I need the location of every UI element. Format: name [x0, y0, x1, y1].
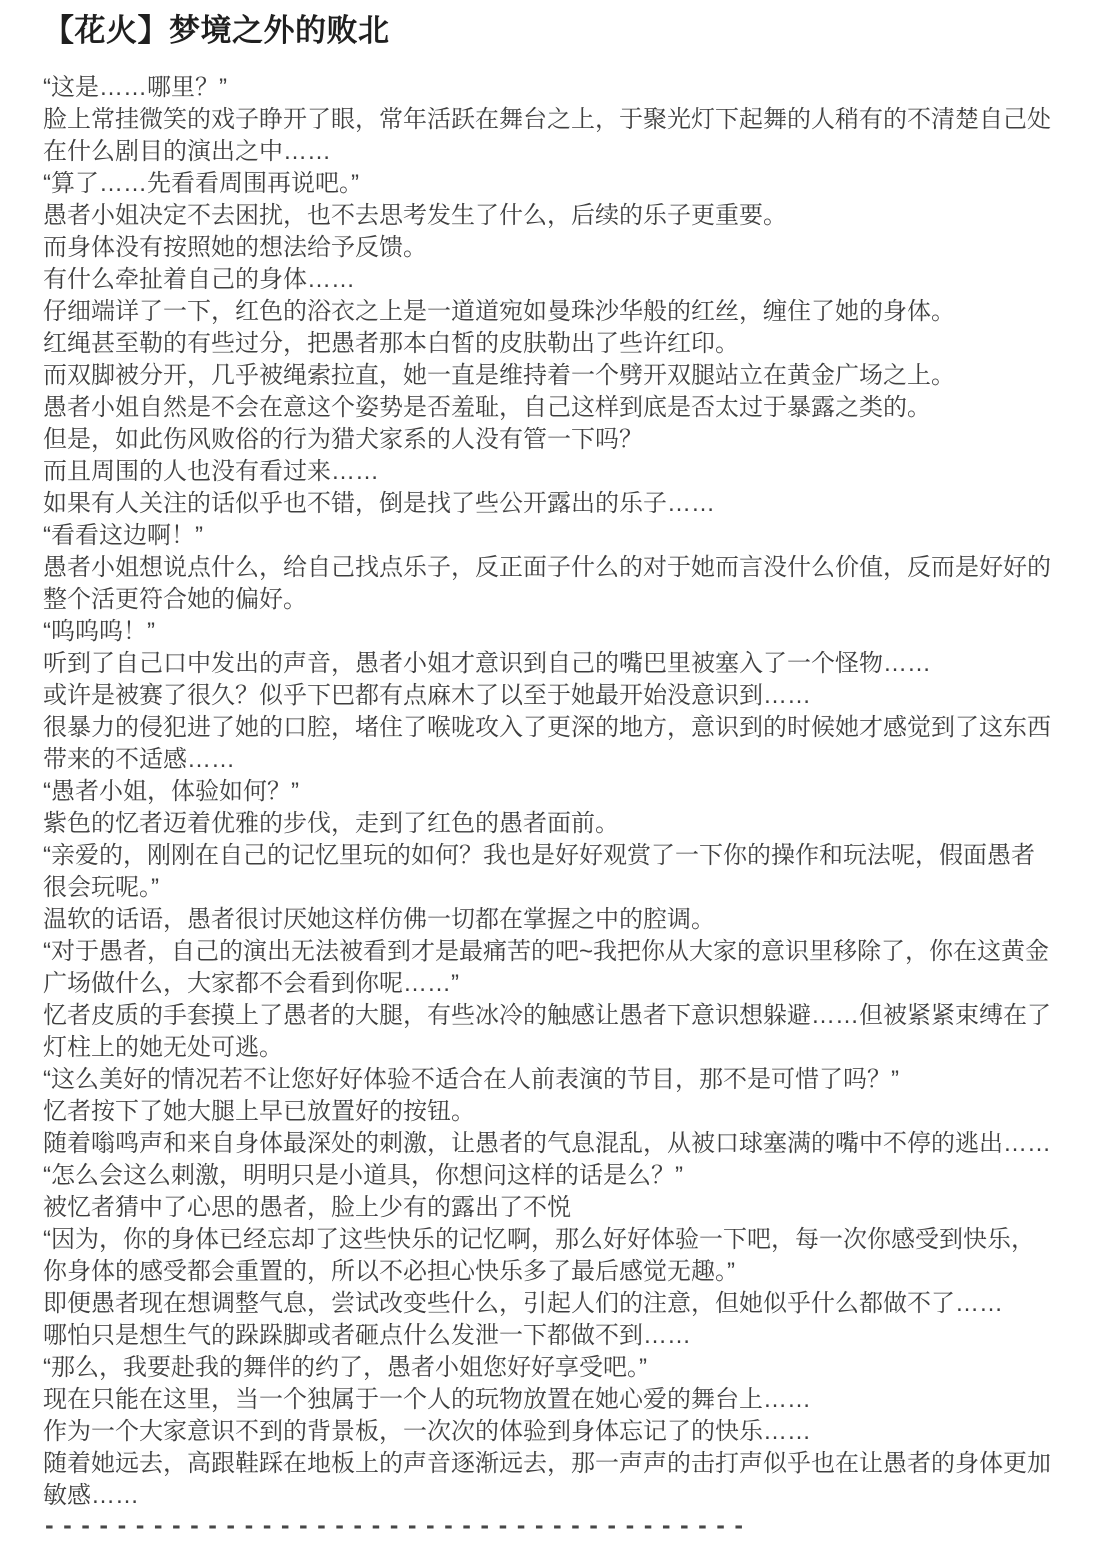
paragraph: 红绳甚至勒的有些过分，把愚者那本白皙的皮肤勒出了些许红印。 [43, 328, 1055, 360]
paragraph: 而且周围的人也没有看过来…… [43, 456, 1055, 488]
paragraph: “呜呜呜！” [43, 616, 1055, 648]
dashed-divider: --------------------------------------- [43, 1514, 1055, 1538]
paragraph: 脸上常挂微笑的戏子睁开了眼，常年活跃在舞台之上，于聚光灯下起舞的人稍有的不清楚自… [43, 104, 1055, 168]
page-title: 【花火】梦境之外的败北 [43, 12, 1055, 50]
paragraph: 现在只能在这里，当一个独属于一个人的玩物放置在她心爱的舞台上…… [43, 1384, 1055, 1416]
paragraph: “怎么会这么刺激，明明只是小道具，你想问这样的话是么？” [43, 1160, 1055, 1192]
paragraph: 作为一个大家意识不到的背景板，一次次的体验到身体忘记了的快乐…… [43, 1416, 1055, 1448]
paragraph: 随着嗡鸣声和来自身体最深处的刺激，让愚者的气息混乱，从被口球塞满的嘴中不停的逃出… [43, 1128, 1055, 1160]
paragraph: “因为，你的身体已经忘却了这些快乐的记忆啊，那么好好体验一下吧，每一次你感受到快… [43, 1224, 1055, 1288]
paragraph: “愚者小姐，体验如何？” [43, 776, 1055, 808]
paragraph: “这么美好的情况若不让您好好体验不适合在人前表演的节目，那不是可惜了吗？” [43, 1064, 1055, 1096]
paragraph: 愚者小姐自然是不会在意这个姿势是否羞耻，自己这样到底是否太过于暴露之类的。 [43, 392, 1055, 424]
paragraph: “算了……先看看周围再说吧。” [43, 168, 1055, 200]
paragraph: 愚者小姐想说点什么，给自己找点乐子，反正面子什么的对于她而言没什么价值，反而是好… [43, 552, 1055, 616]
paragraph: 即便愚者现在想调整气息，尝试改变些什么，引起人们的注意，但她似乎什么都做不了…… [43, 1288, 1055, 1320]
paragraph: “对于愚者，自己的演出无法被看到才是最痛苦的吧~我把你从大家的意识里移除了，你在… [43, 936, 1055, 1000]
paragraph: 忆者按下了她大腿上早已放置好的按钮。 [43, 1096, 1055, 1128]
paragraph: “这是……哪里？” [43, 72, 1055, 104]
paragraph: 或许是被赛了很久？似乎下巴都有点麻木了以至于她最开始没意识到…… [43, 680, 1055, 712]
paragraph: “亲爱的，刚刚在自己的记忆里玩的如何？我也是好好观赏了一下你的操作和玩法呢，假面… [43, 840, 1055, 904]
paragraph: 紫色的忆者迈着优雅的步伐，走到了红色的愚者面前。 [43, 808, 1055, 840]
paragraph: 温软的话语，愚者很讨厌她这样仿佛一切都在掌握之中的腔调。 [43, 904, 1055, 936]
paragraph: “那么，我要赴我的舞伴的约了，愚者小姐您好好享受吧。” [43, 1352, 1055, 1384]
paragraph: 有什么牵扯着自己的身体…… [43, 264, 1055, 296]
paragraph: 听到了自己口中发出的声音，愚者小姐才意识到自己的嘴巴里被塞入了一个怪物…… [43, 648, 1055, 680]
paragraph: 忆者皮质的手套摸上了愚者的大腿，有些冰冷的触感让愚者下意识想躲避……但被紧紧束缚… [43, 1000, 1055, 1064]
document-page: 【花火】梦境之外的败北 “这是……哪里？”脸上常挂微笑的戏子睁开了眼，常年活跃在… [0, 0, 1093, 1558]
paragraph: 而身体没有按照她的想法给予反馈。 [43, 232, 1055, 264]
paragraph: 被忆者猜中了心思的愚者，脸上少有的露出了不悦 [43, 1192, 1055, 1224]
paragraph: 如果有人关注的话似乎也不错，倒是找了些公开露出的乐子…… [43, 488, 1055, 520]
story-body: “这是……哪里？”脸上常挂微笑的戏子睁开了眼，常年活跃在舞台之上，于聚光灯下起舞… [43, 72, 1055, 1512]
paragraph: 仔细端详了一下，红色的浴衣之上是一道道宛如曼珠沙华般的红丝，缠住了她的身体。 [43, 296, 1055, 328]
paragraph: 很暴力的侵犯进了她的口腔，堵住了喉咙攻入了更深的地方，意识到的时候她才感觉到了这… [43, 712, 1055, 776]
paragraph: 愚者小姐决定不去困扰，也不去思考发生了什么，后续的乐子更重要。 [43, 200, 1055, 232]
paragraph: “看看这边啊！” [43, 520, 1055, 552]
paragraph: 但是，如此伤风败俗的行为猎犬家系的人没有管一下吗？ [43, 424, 1055, 456]
paragraph: 随着她远去，高跟鞋踩在地板上的声音逐渐远去，那一声声的击打声似乎也在让愚者的身体… [43, 1448, 1055, 1512]
paragraph: 而双脚被分开，几乎被绳索拉直，她一直是维持着一个劈开双腿站立在黄金广场之上。 [43, 360, 1055, 392]
paragraph: 哪怕只是想生气的跺跺脚或者砸点什么发泄一下都做不到…… [43, 1320, 1055, 1352]
